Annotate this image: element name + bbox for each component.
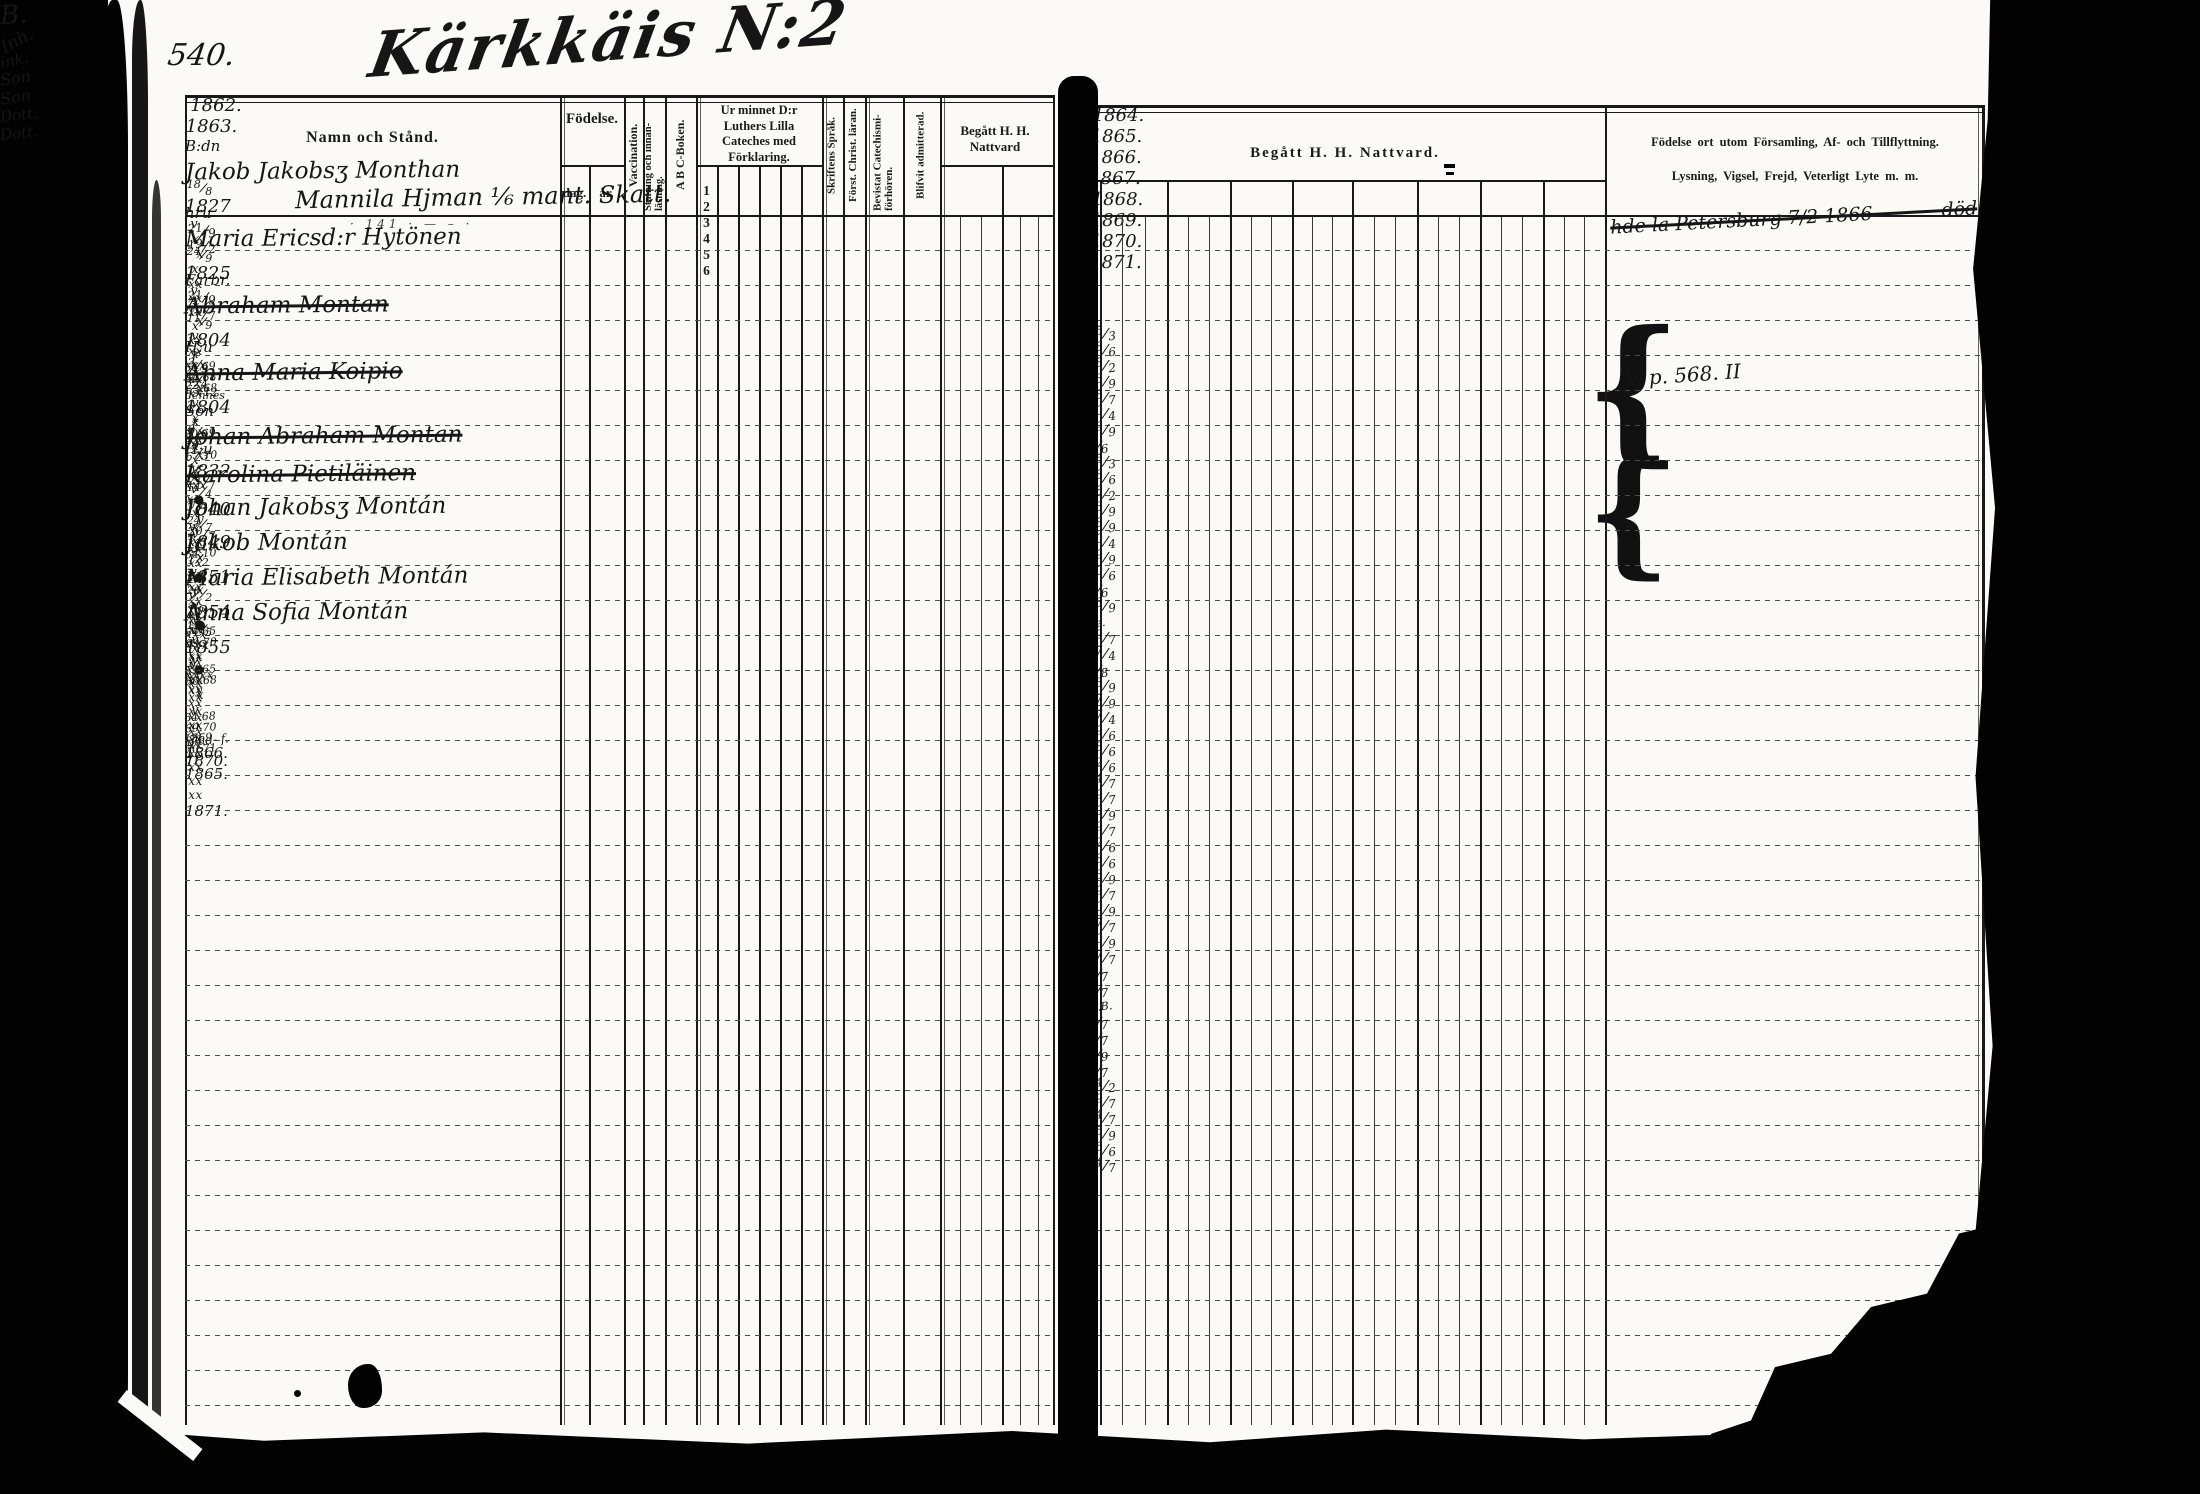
row-line	[185, 845, 1055, 846]
col-header-communion-right: Begått H. H. Nattvard.	[1085, 145, 1605, 162]
row-line	[1085, 1230, 1985, 1231]
catechism-exam-years: 59.6566.68	[184, 663, 225, 688]
microfilm-scan: 540. Kärkkäis N:2 Namn och Stånd. Födels…	[0, 0, 2200, 1494]
row-line	[185, 1370, 1055, 1371]
row-line	[1085, 1265, 1985, 1266]
row-line	[185, 1230, 1055, 1231]
margin-label: Dott.	[0, 122, 39, 144]
film-streak-2	[132, 0, 148, 1494]
row-line	[1085, 1195, 1985, 1196]
row-line	[185, 1090, 1055, 1091]
row-line	[185, 1160, 1055, 1161]
table-row: Maria Elisabeth Montán26/21854vxxxvxxxxx…	[185, 561, 1055, 596]
film-streak-3	[152, 180, 161, 1480]
row-line	[185, 1055, 1055, 1056]
catechism-exam-years: 186970.7171.	[184, 731, 226, 767]
sub-col-line	[1038, 215, 1039, 1425]
ink-dot	[294, 1390, 301, 1397]
table-row: Anna Sofia Montán12/51855v.xxxvxxxxxxxxx…	[185, 596, 1055, 631]
row-line	[185, 880, 1055, 881]
row-line	[185, 915, 1055, 916]
row-line	[1085, 1300, 1985, 1301]
film-speck-1	[1444, 164, 1455, 168]
page-number: 540.	[166, 38, 238, 73]
column-line	[589, 165, 591, 1425]
row-line	[185, 775, 1055, 776]
header-bottom-line	[1085, 215, 1985, 217]
table-top-border-inner	[185, 102, 1055, 103]
col-header-name: Namn och Stånd.	[185, 129, 560, 147]
table-top-border	[1085, 105, 1985, 108]
row-line	[185, 810, 1055, 811]
col-header-birth: Födelse.	[560, 111, 624, 128]
row-line	[185, 1405, 1055, 1406]
ink-blot	[348, 1364, 382, 1408]
header-sub-line	[1085, 180, 1605, 182]
row-line	[185, 1020, 1055, 1021]
row-line	[185, 1300, 1055, 1301]
row-scribble: glad- f.	[186, 659, 1054, 749]
person-name: Johan Jakobsʒ Montán	[185, 486, 1055, 521]
person-name: Anna Sofia Montán	[185, 591, 1055, 626]
row-line	[185, 740, 1055, 741]
film-streak-1	[100, 0, 128, 1494]
communion-year-label: 1862.	[185, 95, 247, 116]
row-line	[185, 950, 1055, 951]
row-line	[185, 1125, 1055, 1126]
catechism-mark: xx	[185, 788, 206, 802]
row-line	[185, 1265, 1055, 1266]
film-edge-left	[0, 0, 106, 1494]
page-gutter	[1058, 76, 1098, 1452]
table-top-border	[185, 95, 1055, 98]
row-line	[1085, 1160, 1985, 1161]
admitted-year: 1871.	[185, 802, 225, 820]
col-header-annotation-2: Lysning, Vigsel, Frejd, Veterligt Lyte m…	[1640, 169, 1950, 184]
row-line	[185, 985, 1055, 986]
row-line	[185, 635, 1055, 636]
margin-labels: B.Inh.ink.SonSonDott.Dott.	[0, 0, 38, 142]
table-top-border-inner	[1085, 112, 1985, 113]
film-speck-2	[1446, 172, 1454, 175]
person-name: Maria Elisabeth Montán	[185, 556, 1055, 591]
left-table: Namn och Stånd. Födelse. dag. år. Vaccin…	[185, 95, 1055, 1425]
sub-col-line	[1020, 215, 1021, 1425]
table-row: Jakob Montán7/21851v.xy●vxxx●xxxxxxxx186…	[185, 526, 1055, 561]
row-line	[185, 1195, 1055, 1196]
row-line	[185, 1335, 1055, 1336]
sub-col-line	[981, 215, 982, 1425]
right-table: Begått H. H. Nattvard. Födelse ort utom …	[1085, 105, 1985, 1425]
col-header-annotation-1: Födelse ort utom Församling, Af- och Til…	[1620, 135, 1970, 150]
